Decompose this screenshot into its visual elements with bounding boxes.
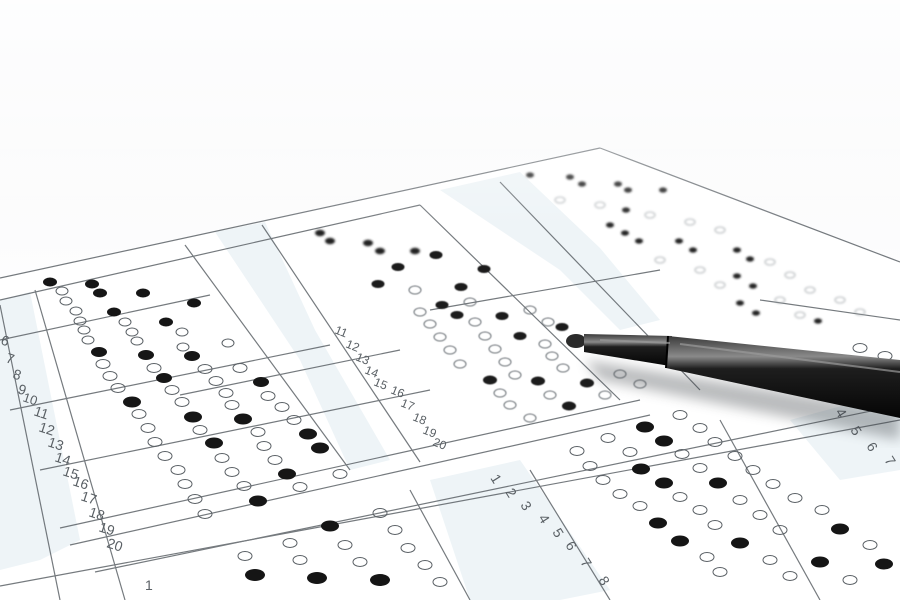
photo-scene: Close-up photograph of a multiple-choice… [0, 0, 900, 600]
pen-tip [566, 334, 586, 348]
background-fade [0, 0, 900, 230]
answer-sheet-photo: 6 7 8 9 10 11 12 13 14 15 16 17 18 19 20… [0, 0, 900, 600]
svg-text:1: 1 [145, 577, 153, 593]
